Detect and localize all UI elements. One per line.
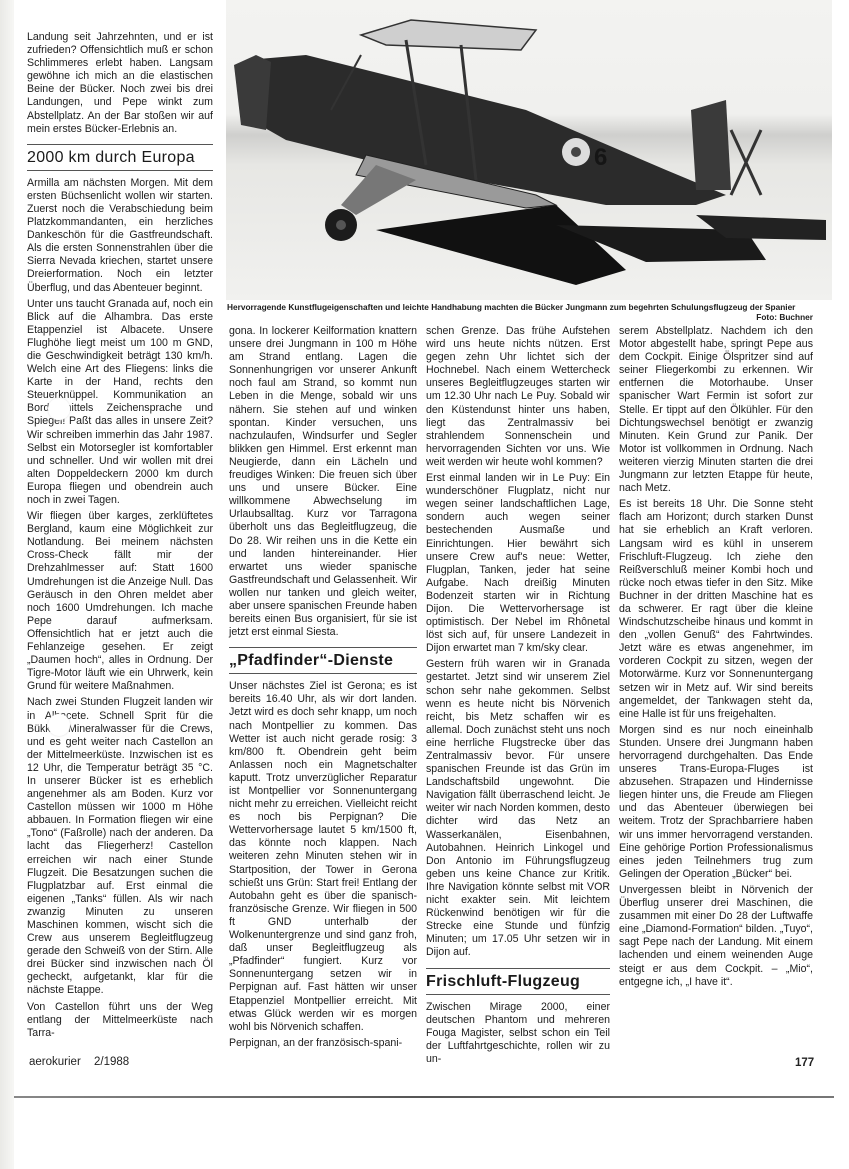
punch-hole xyxy=(48,398,70,420)
page-number: 177 xyxy=(795,1057,814,1069)
paragraph: Nach zwei Stunden Flugzeit landen wir in… xyxy=(27,696,213,997)
section-heading: 2000 km durch Europa xyxy=(27,144,213,171)
scan-page-edge xyxy=(0,0,14,1169)
paragraph: Zwischen Mirage 2000, einer deutschen Ph… xyxy=(426,1001,610,1066)
photo-caption: Hervorragende Kunstflugeigenschaften und… xyxy=(227,302,813,322)
paragraph: Morgen sind es nur noch eineinhalb Stund… xyxy=(619,724,813,881)
footer-magazine: aerokurier 2/1988 xyxy=(29,1056,129,1068)
punch-hole xyxy=(48,714,70,736)
paragraph: Armilla am nächsten Morgen. Mit dem erst… xyxy=(27,177,213,295)
paragraph: Wir fliegen über karges, zerklüftetes Be… xyxy=(27,510,213,693)
svg-text:6: 6 xyxy=(594,144,607,171)
paragraph: Es ist bereits 18 Uhr. Die Sonne steht f… xyxy=(619,498,813,721)
section-heading: „Pfadfinder“-Dienste xyxy=(229,647,417,674)
paragraph: Unser nächstes Ziel ist Gerona; es ist b… xyxy=(229,680,417,1034)
section-heading: Frischluft-Flugzeug xyxy=(426,968,610,995)
article-column-2: gona. In lockerer Keilformation knattern… xyxy=(229,325,417,1053)
issue-number: 2/1988 xyxy=(94,1056,129,1068)
paragraph: Unvergessen bleibt in Nörvenich der Über… xyxy=(619,884,813,989)
magazine-name: aerokurier xyxy=(29,1056,81,1068)
scan-bottom-rule xyxy=(14,1096,834,1098)
biplane-illustration: 6 xyxy=(226,0,832,300)
article-column-3: schen Grenze. Das frühe Aufstehen wird u… xyxy=(426,325,610,1069)
article-column-4: serem Abstellplatz. Nachdem ich den Moto… xyxy=(619,325,813,992)
paragraph: gona. In lockerer Keilformation knattern… xyxy=(229,325,417,639)
paragraph: schen Grenze. Das frühe Aufstehen wird u… xyxy=(426,325,610,469)
paragraph: Erst einmal landen wir in Le Puy: Ein wu… xyxy=(426,472,610,655)
photo-credit: Foto: Buchner xyxy=(756,312,813,322)
paragraph: Gestern früh waren wir in Granada gestar… xyxy=(426,658,610,959)
caption-text: Hervorragende Kunstflugeigenschaften und… xyxy=(227,302,795,312)
paragraph: Landung seit Jahrzehnten, und er ist zuf… xyxy=(27,31,213,136)
article-column-1: Landung seit Jahrzehnten, und er ist zuf… xyxy=(27,31,213,1043)
paragraph: Perpignan, an der französisch-spani- xyxy=(229,1037,417,1050)
biplane-photo: 6 xyxy=(226,0,832,300)
paragraph: Von Castellon führt uns der Weg entlang … xyxy=(27,1001,213,1040)
paragraph: serem Abstellplatz. Nachdem ich den Moto… xyxy=(619,325,813,495)
